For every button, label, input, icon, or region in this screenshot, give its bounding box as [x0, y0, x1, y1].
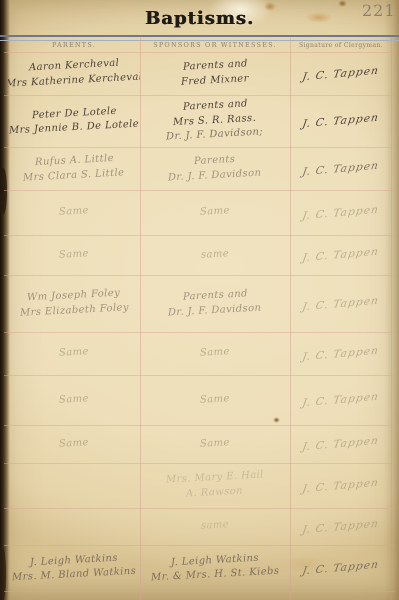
- binding-mark: [0, 548, 6, 600]
- handwriting-line: Same: [59, 436, 90, 452]
- sponsors-cell: Parents andDr. J. F. Davidson: [140, 275, 290, 332]
- table-row: Wm Joseph FoleyMrs Elizabeth FoleyParent…: [8, 275, 392, 332]
- clergyman-signature: J. C. Tappen: [302, 344, 381, 363]
- handwriting-line: Mrs Jennie B. De Lotele: [9, 118, 140, 139]
- handwriting-line: Mr. & Mrs. H. St. Kiebs: [150, 565, 279, 586]
- table-row: Peter De LoteleMrs Jennie B. De LotelePa…: [8, 95, 392, 147]
- table-row: sameJ. C. Tappen: [8, 508, 392, 545]
- table-row: Aaron KerchevalMrs Katherine KerchevalPa…: [8, 52, 392, 95]
- signature-cell: J. C. Tappen: [290, 147, 392, 190]
- clergyman-signature: J. C. Tappen: [302, 559, 381, 578]
- parents-cell: Same: [8, 190, 140, 235]
- sponsors-cell: Same: [140, 332, 290, 375]
- handwriting-line: same: [201, 247, 230, 263]
- handwriting-line: A. Rawson: [186, 484, 244, 501]
- signature-cell: J. C. Tappen: [290, 425, 392, 463]
- clergyman-signature: J. C. Tappen: [302, 294, 381, 313]
- table-row: J. Leigh WatkinsMrs. M. Bland WatkinsJ. …: [8, 545, 392, 591]
- parents-cell: [8, 508, 140, 545]
- table-row: SameSameJ. C. Tappen: [8, 375, 392, 425]
- clergyman-signature: J. C. Tappen: [302, 391, 381, 410]
- header-signature: Signature of Clergyman.: [290, 38, 392, 52]
- clergyman-signature: J. C. Tappen: [302, 435, 381, 454]
- header-sponsors: Sponsors or Witnesses.: [140, 38, 290, 52]
- handwriting-line: Same: [59, 345, 90, 361]
- sponsors-cell: J. Leigh WatkinsMr. & Mrs. H. St. Kiebs: [140, 545, 290, 591]
- handwriting-line: Dr. J. F. Davidson: [168, 166, 262, 185]
- sponsors-cell: Same: [140, 190, 290, 235]
- handwriting-line: Parents: [194, 153, 236, 170]
- parents-cell: J. Leigh WatkinsMrs. M. Bland Watkins: [8, 545, 140, 591]
- handwriting-line: Same: [200, 392, 231, 408]
- signature-cell: J. C. Tappen: [290, 275, 392, 332]
- signature-cell: J. C. Tappen: [290, 332, 392, 375]
- row-line: [4, 591, 394, 592]
- signature-cell: J. C. Tappen: [290, 95, 392, 147]
- clergyman-signature: J. C. Tappen: [302, 203, 381, 222]
- handwriting-line: Same: [200, 345, 231, 361]
- handwriting-line: Mrs Katherine Kercheval: [8, 70, 140, 92]
- binding-mark: [0, 168, 7, 214]
- paper-stain: [338, 0, 347, 7]
- sponsors-cell: Mrs. Mary E. HailA. Rawson: [140, 463, 290, 508]
- column-headers: Parents. Sponsors or Witnesses. Signatur…: [8, 38, 392, 52]
- sponsors-cell: same: [140, 508, 290, 545]
- parents-cell: Same: [8, 235, 140, 275]
- signature-cell: J. C. Tappen: [290, 375, 392, 425]
- handwriting-line: Fred Mixner: [181, 72, 250, 90]
- parents-cell: Same: [8, 375, 140, 425]
- handwriting-line: Same: [59, 204, 90, 220]
- clergyman-signature: J. C. Tappen: [302, 517, 381, 536]
- sponsors-cell: Same: [140, 425, 290, 463]
- clergyman-signature: J. C. Tappen: [302, 112, 381, 131]
- signature-cell: J. C. Tappen: [290, 190, 392, 235]
- signature-cell: J. C. Tappen: [290, 52, 392, 95]
- clergyman-signature: J. C. Tappen: [302, 64, 381, 83]
- table-row: Mrs. Mary E. HailA. RawsonJ. C. Tappen: [8, 463, 392, 508]
- table-row: SameSameJ. C. Tappen: [8, 332, 392, 375]
- handwriting-line: Same: [59, 392, 90, 408]
- handwriting-line: Same: [59, 247, 90, 263]
- register-page: 221 Baptisms. Parents. Sponsors or Witne…: [0, 0, 399, 600]
- parents-cell: Same: [8, 332, 140, 375]
- signature-cell: J. C. Tappen: [290, 463, 392, 508]
- parents-cell: Same: [8, 425, 140, 463]
- table-row: SameSameJ. C. Tappen: [8, 190, 392, 235]
- parents-cell: Wm Joseph FoleyMrs Elizabeth Foley: [8, 275, 140, 332]
- handwriting-line: Same: [200, 204, 231, 220]
- signature-cell: J. C. Tappen: [290, 235, 392, 275]
- sponsors-cell: Parents andFred Mixner: [140, 52, 290, 95]
- table-row: Rufus A. LittleMrs Clara S. LittleParent…: [8, 147, 392, 190]
- parents-cell: Aaron KerchevalMrs Katherine Kercheval: [8, 52, 140, 95]
- table-row: SameSameJ. C. Tappen: [8, 425, 392, 463]
- sponsors-cell: Same: [140, 375, 290, 425]
- signature-cell: J. C. Tappen: [290, 545, 392, 591]
- handwriting-line: Dr. J. F. Davidson: [168, 301, 262, 320]
- sponsors-cell: same: [140, 235, 290, 275]
- table-row: SamesameJ. C. Tappen: [8, 235, 392, 275]
- parents-cell: Rufus A. LittleMrs Clara S. Little: [8, 147, 140, 190]
- handwriting-line: same: [201, 519, 230, 535]
- sponsors-cell: Parents andMrs S. R. Rass.Dr. J. F. Davi…: [140, 95, 290, 147]
- clergyman-signature: J. C. Tappen: [302, 159, 381, 178]
- handwriting-line: Same: [200, 436, 231, 452]
- page-title: Baptisms.: [0, 8, 399, 29]
- clergyman-signature: J. C. Tappen: [302, 476, 381, 495]
- parents-cell: Peter De LoteleMrs Jennie B. De Lotele: [8, 95, 140, 147]
- clergyman-signature: J. C. Tappen: [302, 246, 381, 265]
- header-parents: Parents.: [8, 38, 140, 52]
- sponsors-cell: ParentsDr. J. F. Davidson: [140, 147, 290, 190]
- signature-cell: J. C. Tappen: [290, 508, 392, 545]
- parents-cell: [8, 463, 140, 508]
